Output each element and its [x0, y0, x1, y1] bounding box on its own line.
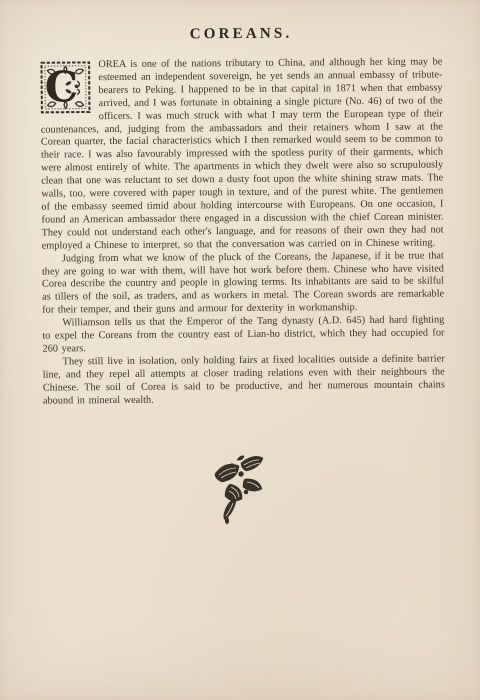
paragraph-text: OREA is one of the nations tributary to …	[41, 56, 444, 251]
page-title: COREANS.	[40, 24, 442, 44]
paragraph: C OREA is one of the nations tributary t…	[40, 56, 444, 253]
page-content: COREANS.	[40, 24, 445, 408]
ornamental-initial-icon: C	[40, 61, 90, 113]
drop-cap-letter: C	[45, 62, 79, 111]
paragraph: Judging from what we know of the pluck o…	[42, 250, 444, 318]
text-block: C OREA is one of the nations tributary t…	[40, 56, 445, 408]
leaf-tailpiece-icon	[210, 452, 268, 532]
book-page: COREANS.	[0, 0, 480, 700]
paragraph: Williamson tells us that the Emperor of …	[42, 315, 444, 357]
paragraph: They still live in isolation, only holdi…	[43, 353, 445, 408]
